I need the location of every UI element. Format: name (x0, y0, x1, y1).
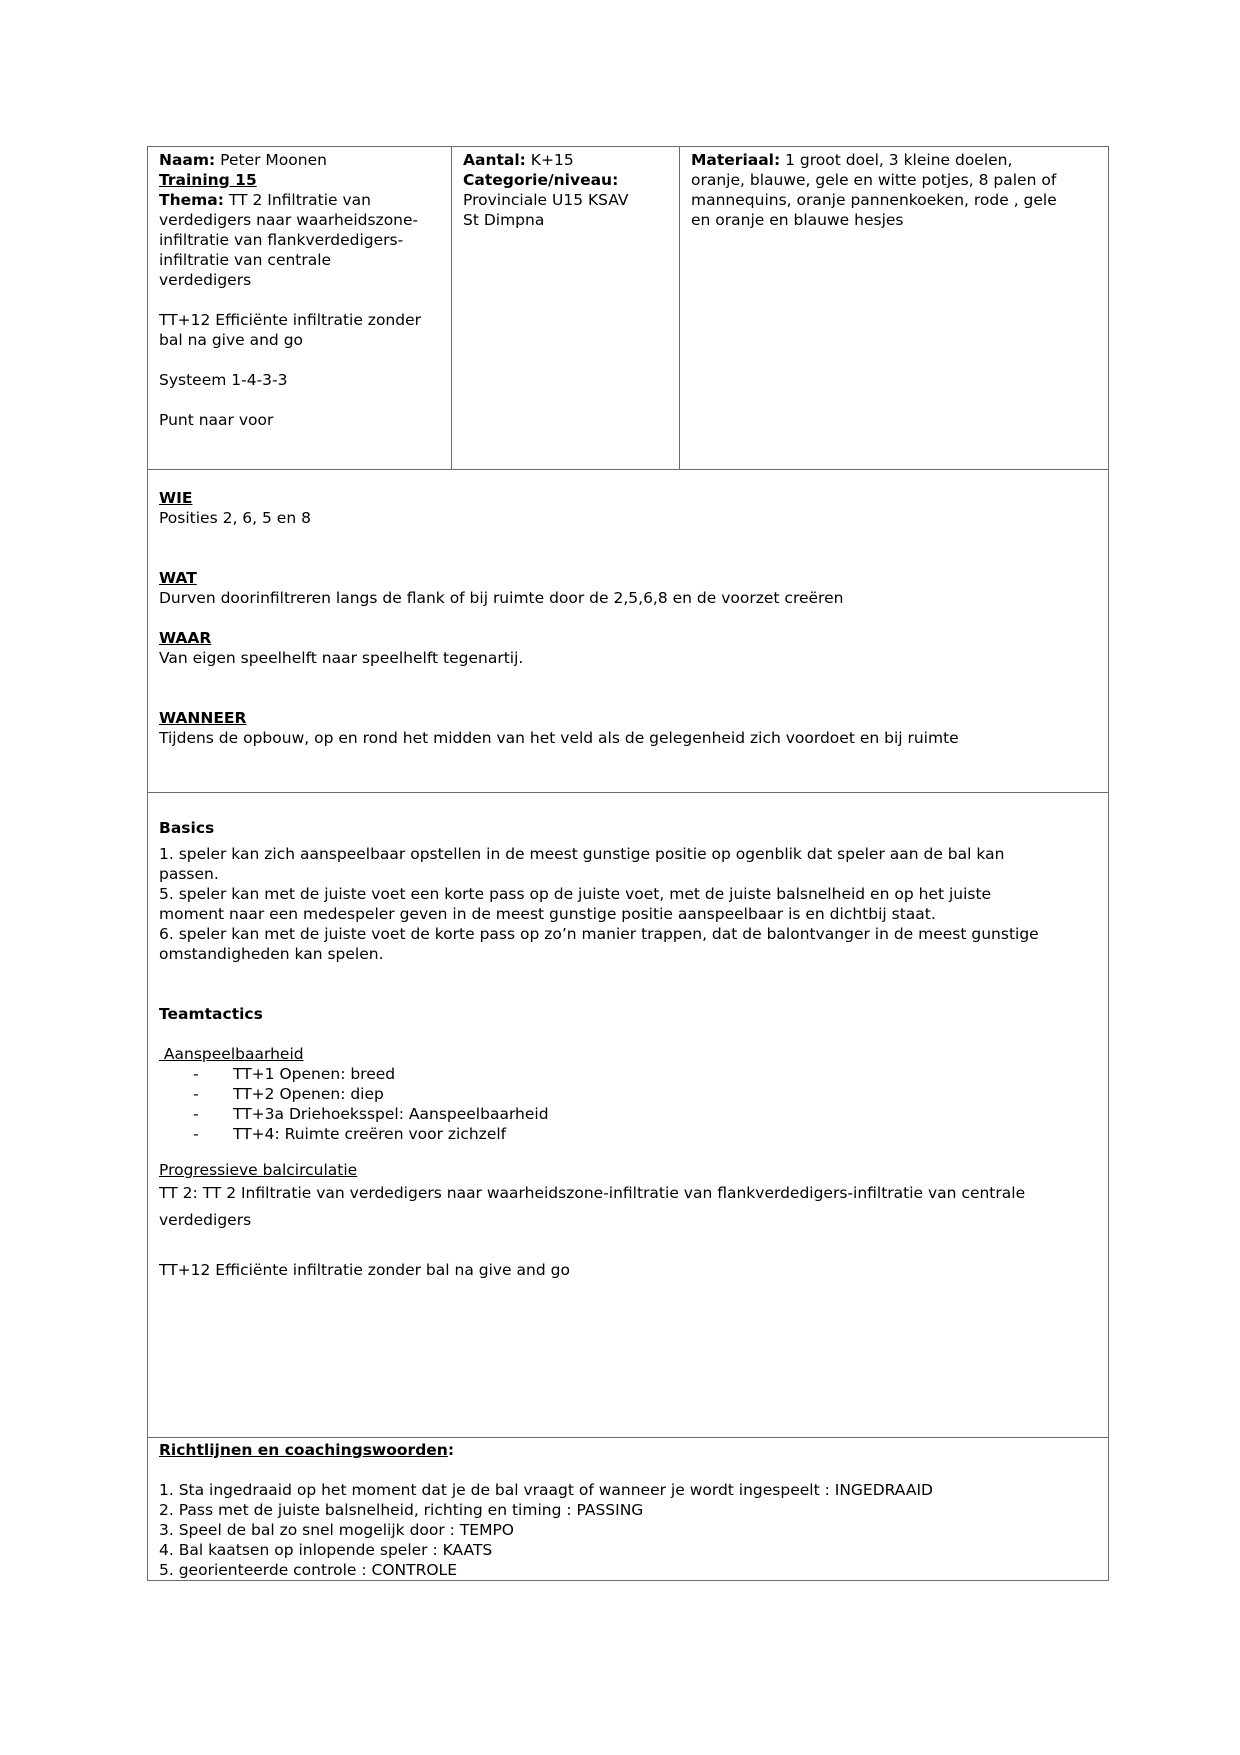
richtlijnen-heading: Richtlijnen en coachingswoorden: (159, 1440, 1097, 1460)
progressieve-line: verdedigers (159, 1207, 1097, 1234)
thema-line: verdedigers (159, 271, 251, 289)
richtlijnen-title: Richtlijnen en coachingswoorden (159, 1441, 448, 1459)
spacer (159, 608, 1097, 628)
richtlijn-item: 5. georienteerde controle : CONTROLE (159, 1560, 1097, 1580)
tt12-block: TT+12 Efficiënte infiltratie zonderbal n… (159, 310, 440, 350)
wie-text: Posities 2, 6, 5 en 8 (159, 508, 1097, 528)
spacer (159, 390, 440, 410)
wat-text: Durven doorinfiltreren langs de flank of… (159, 588, 1097, 608)
materiaal-line: 1 groot doel, 3 kleine doelen, (780, 151, 1012, 169)
spacer (159, 964, 1097, 1004)
list-item: TT+1 Openen: breed (193, 1064, 1097, 1084)
waar-title: WAAR (159, 628, 1097, 648)
aantal-label: Aantal: (463, 151, 526, 169)
richtlijn-item: 2. Pass met de juiste balsnelheid, richt… (159, 1500, 1097, 1520)
thema-block: Thema: TT 2 Infiltratie vanverdedigers n… (159, 190, 440, 290)
richtlijn-item: 1. Sta ingedraaid op het moment dat je d… (159, 1480, 1097, 1500)
list-item: TT+3a Driehoeksspel: Aanspeelbaarheid (193, 1104, 1097, 1124)
aantal-line: Aantal: K+15 (463, 150, 668, 170)
spacer (159, 1144, 1097, 1160)
materiaal-line: en oranje en blauwe hesjes (691, 211, 903, 229)
thema-line: infiltratie van flankverdedigers- (159, 231, 403, 249)
aanspeelbaarheid-list: TT+1 Openen: breed TT+2 Openen: diep TT+… (159, 1064, 1097, 1144)
systeem-text: Systeem 1-4-3-3 (159, 370, 440, 390)
aantal-cell: Aantal: K+15 Categorie/niveau: Provincia… (452, 147, 680, 470)
naam-label: Naam: (159, 151, 215, 169)
aantal-value: K+15 (526, 151, 574, 169)
punt-text: Punt naar voor (159, 410, 440, 430)
tt12-line: TT+12 Efficiënte infiltratie zonder (159, 311, 421, 329)
progressieve-line: TT 2: TT 2 Infiltratie van verdedigers n… (159, 1180, 1097, 1207)
basics-line: 1. speler kan zich aanspeelbaar opstelle… (159, 844, 1097, 864)
richtlijnen-colon: : (448, 1441, 454, 1459)
tt12-text: TT+12 Efficiënte infiltratie zonder bal … (159, 1260, 1097, 1280)
progressieve-title: Progressieve balcirculatie (159, 1160, 1097, 1180)
materiaal-cell: Materiaal: 1 groot doel, 3 kleine doelen… (680, 147, 1109, 470)
spacer (159, 1024, 1097, 1044)
basics-line: moment naar een medespeler geven in de m… (159, 904, 1097, 924)
richtlijn-item: 3. Speel de bal zo snel mogelijk door : … (159, 1520, 1097, 1540)
naam-line: Naam: Peter Moonen (159, 150, 440, 170)
spacer (159, 1234, 1097, 1260)
list-item: TT+2 Openen: diep (193, 1084, 1097, 1104)
thema-line: TT 2 Infiltratie van (224, 191, 371, 209)
materiaal-block: Materiaal: 1 groot doel, 3 kleine doelen… (691, 150, 1097, 230)
spacer (159, 290, 440, 310)
info-cell: Naam: Peter Moonen Training 15 Thema: TT… (148, 147, 452, 470)
wanneer-text: Tijdens de opbouw, op en rond het midden… (159, 728, 1097, 748)
richtlijnen-row: Richtlijnen en coachingswoorden: 1. Sta … (148, 1438, 1109, 1581)
basics-title: Basics (159, 818, 1097, 838)
categorie-line: Provinciale U15 KSAV (463, 191, 629, 209)
wanneer-title: WANNEER (159, 708, 1097, 728)
richtlijn-item: 4. Bal kaatsen op inlopende speler : KAA… (159, 1540, 1097, 1560)
thema-label: Thema: (159, 191, 224, 209)
materiaal-label: Materiaal: (691, 151, 780, 169)
thema-line: infiltratie van centrale (159, 251, 331, 269)
teamtactics-title: Teamtactics (159, 1004, 1097, 1024)
basics-line: passen. (159, 864, 1097, 884)
wat-title: WAT (159, 568, 1097, 588)
wwww-cell: WIE Posities 2, 6, 5 en 8 WAT Durven doo… (148, 470, 1109, 793)
spacer (159, 1460, 1097, 1480)
richtlijnen-cell: Richtlijnen en coachingswoorden: 1. Sta … (148, 1438, 1109, 1581)
waar-text: Van eigen speelhelft naar speelhelft teg… (159, 648, 1097, 668)
wwww-row: WIE Posities 2, 6, 5 en 8 WAT Durven doo… (148, 470, 1109, 793)
basics-line: 5. speler kan met de juiste voet een kor… (159, 884, 1097, 904)
training-title: Training 15 (159, 170, 440, 190)
spacer (159, 350, 440, 370)
naam-value: Peter Moonen (215, 151, 327, 169)
spacer (159, 528, 1097, 568)
content-cell: Basics 1. speler kan zich aanspeelbaar o… (148, 793, 1109, 1438)
categorie-label: Categorie/niveau: (463, 170, 668, 190)
wie-title: WIE (159, 488, 1097, 508)
content-row: Basics 1. speler kan zich aanspeelbaar o… (148, 793, 1109, 1438)
header-row: Naam: Peter Moonen Training 15 Thema: TT… (148, 147, 1109, 470)
categorie-line: St Dimpna (463, 211, 544, 229)
materiaal-line: mannequins, oranje pannenkoeken, rode , … (691, 191, 1057, 209)
basics-line: 6. speler kan met de juiste voet de kort… (159, 924, 1097, 944)
tt12-line: bal na give and go (159, 331, 303, 349)
materiaal-line: oranje, blauwe, gele en witte potjes, 8 … (691, 171, 1056, 189)
aanspeelbaarheid-title: Aanspeelbaarheid (159, 1044, 1097, 1064)
training-sheet-table: Naam: Peter Moonen Training 15 Thema: TT… (147, 146, 1109, 1581)
thema-line: verdedigers naar waarheidszone- (159, 211, 418, 229)
categorie-value: Provinciale U15 KSAVSt Dimpna (463, 190, 668, 230)
spacer (159, 668, 1097, 708)
basics-line: omstandigheden kan spelen. (159, 944, 1097, 964)
list-item: TT+4: Ruimte creëren voor zichzelf (193, 1124, 1097, 1144)
